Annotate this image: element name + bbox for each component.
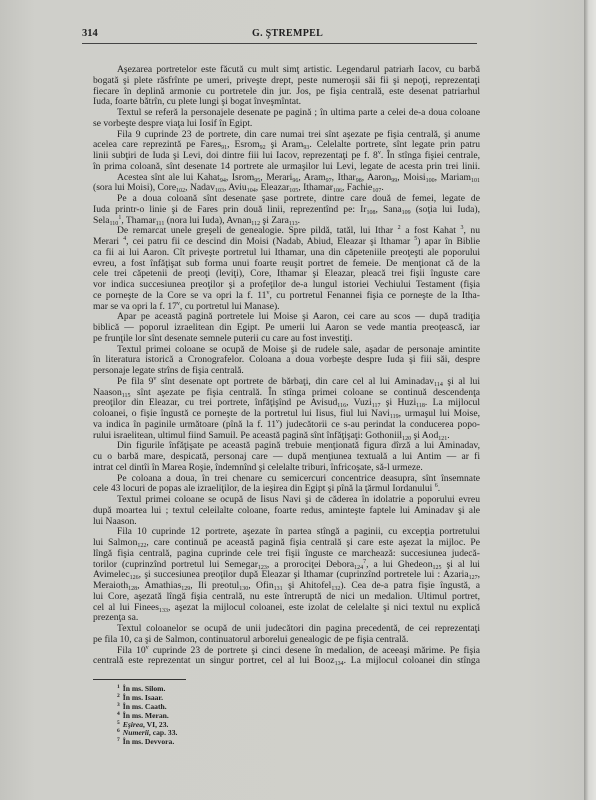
text-run: lui Core, aşezată lîngă fişia centrală, … — [93, 591, 480, 602]
text-run: ca fii ai lui Aaron. Cît priveşte portre… — [93, 247, 480, 258]
text-run: în prima coloană, sînt desenate 14 portr… — [93, 161, 480, 172]
text-run: , Ithar — [332, 172, 356, 183]
text-run: . Celelalte portrete, sînt legate prin p… — [309, 139, 480, 150]
footnote-rule — [93, 679, 186, 680]
footnotes: 1În ms. Silom.2În ms. Isaar.3În ms. Caat… — [117, 683, 177, 745]
text-run: şi Aod — [411, 430, 438, 441]
text-line: după moartea lui ; textul celeilalte col… — [93, 506, 480, 517]
text-run: intrat cel dintîi în Marea Roşie, îndemn… — [93, 462, 423, 473]
text-run: , nu — [463, 225, 480, 236]
text-run: . La mijlocul coloanei din stînga — [344, 655, 480, 666]
text-run: Din figurile înfăţişate pe această pagin… — [117, 440, 480, 451]
footnote: 5Eşirea, VI, 23. — [117, 719, 177, 728]
text-run: Apar pe această pagină portretele lui Mo… — [117, 311, 480, 322]
footnote-number: 3 — [117, 702, 120, 708]
text-run: se vorbeşte despre viaţa lui Iosif în Eg… — [93, 118, 252, 129]
text-run: cel al lui Finees — [93, 602, 159, 613]
text-line: centrală este reprezentat un singur port… — [93, 656, 480, 667]
footnote-number: 7 — [117, 737, 120, 743]
text-run: şi Ahitofel — [283, 580, 332, 591]
text-run: şi al lui — [442, 559, 480, 570]
text-run: cele 43 locuri de popas ale izraeliţilor… — [93, 483, 435, 494]
text-run: Textul se referă la personajele desenate… — [117, 107, 480, 118]
text-run: , cei patru fii ce descind din Moisi (Na… — [126, 236, 414, 247]
footnote-number: 1 — [117, 684, 120, 690]
text-run: şi Zara — [260, 215, 289, 226]
text-run: mar se va opri la f. 17 — [93, 301, 177, 312]
text-run: , Moisi — [397, 172, 425, 183]
text-run: , a prorociţei Debora — [267, 559, 354, 570]
text-run: Pe coloana a doua, în trei chenare cu se… — [117, 473, 480, 484]
text-run: fiecare în deplină armonie cu portretele… — [93, 86, 480, 97]
text-run: . La mijlocul — [425, 397, 480, 408]
text-run: (sora lui Moisi), Core — [93, 182, 176, 193]
footnote-number: 2 — [117, 693, 120, 699]
portrait-index: 100 — [426, 178, 435, 184]
running-head: G. ŞTREMPEL — [252, 28, 323, 39]
text-run: ) apar în Biblie — [417, 236, 480, 247]
text-run: , Eleazar — [256, 182, 290, 193]
book-page: 314 G. ŞTREMPEL Aşezarea portretelor est… — [0, 0, 584, 800]
text-run: , — [478, 569, 480, 580]
text-run: , Amathias — [137, 580, 181, 591]
text-run: (soţia lui Iuda), — [411, 204, 480, 215]
text-run: , Fachie — [342, 182, 372, 193]
text-run: şi Aram — [266, 139, 304, 150]
text-run: , Ili preotul — [190, 580, 239, 591]
footnote: 6Numerii, cap. 33. — [117, 727, 177, 736]
text-run: , care continuă pe această pagină fişia … — [146, 537, 480, 548]
text-run: Iuda, foarte bătrîn, cu plete lungi şi b… — [93, 96, 301, 107]
text-run: Aşezarea portretelor este făcută cu mult… — [117, 64, 480, 75]
text-run: cu o barbă mare, despicată, personaj car… — [93, 451, 480, 462]
footnote: 3În ms. Caath. — [117, 701, 177, 710]
text-run: Fila 9 cuprinde 23 de portrete, din care… — [117, 129, 480, 140]
text-run: coloanei, o fişie îngustă ce porneşte de… — [93, 408, 390, 419]
text-run: şi al lui — [443, 376, 480, 387]
text-run: preoţilor din Eleazar, cu trei portrete,… — [93, 397, 337, 408]
text-run: ce porneşte de la Core se va opri la f. … — [93, 290, 266, 301]
scan-edge — [584, 0, 596, 800]
text-run: cuprinde 23 de portrete şi cinci desene … — [149, 645, 480, 656]
text-run: (nora lui Iuda), Avnan — [164, 215, 251, 226]
text-run: şi Huzi — [380, 397, 416, 408]
text-run: , Merari — [260, 172, 292, 183]
text-run: , Ofin — [248, 580, 273, 591]
text-run: rului israelitean, ultimul fiind Samuil.… — [93, 430, 402, 441]
text-run: în literatura istorică a Cronografelor. … — [93, 354, 480, 365]
text-run: pe frunţile lor sînt desenate semnele pu… — [93, 333, 352, 344]
text-run: , Isrom — [226, 172, 254, 183]
portrait-index: 109 — [402, 210, 411, 216]
page-number: 314 — [82, 28, 98, 39]
text-run: Textul primei coloane se ocupă de Iisus … — [117, 494, 480, 505]
text-run: Avimelec — [93, 569, 130, 580]
footnote-text: În ms. Devvora. — [123, 737, 174, 746]
text-run: , urmaşul lui Moise, — [399, 408, 480, 419]
text-run: , Aaron — [362, 172, 391, 183]
footnote-number: 5 — [117, 720, 120, 726]
text-run: lui Naason. — [93, 516, 137, 527]
text-run: Fila 10 cuprinde 12 portrete, aşezate în… — [117, 526, 480, 537]
text-run: , cu portretul lui Manase). — [180, 301, 280, 312]
text-run: Textul primei coloane se ocupă de Moise … — [117, 344, 480, 355]
text-run: De remarcat unele greşeli de genealogie.… — [117, 225, 398, 236]
footnote-number: 6 — [117, 728, 120, 734]
page-header: 314 G. ŞTREMPEL — [82, 28, 477, 42]
text-run: cele trei căpetenii de preoţi (leviţi), … — [93, 268, 480, 279]
text-run: , Esrom — [227, 139, 259, 150]
text-run: torilor (cuprinzînd portretul lui Semega… — [93, 559, 258, 570]
text-run: a fost Kahat — [401, 225, 461, 236]
text-run: Textul coloanelor se ocupă de unii judec… — [117, 623, 480, 634]
text-run: ). Cea de-a patra fişie îngustă, a — [340, 580, 480, 591]
text-run: , Mariam — [435, 172, 471, 183]
text-run: , Vuzi — [346, 397, 372, 408]
text-run: biblică — poporul izraelitean din Egipt.… — [93, 322, 480, 333]
text-run: Naason — [93, 387, 122, 398]
text-run: . — [298, 215, 300, 226]
footnote: 1În ms. Silom. — [117, 683, 177, 692]
text-run: pe fila 10, ca şi de Salmon, continuator… — [93, 634, 408, 645]
text-run: , a lui Ghedeon — [366, 559, 432, 570]
text-run: Pe fila 9 — [117, 376, 153, 387]
text-run: . În stînga fişiei centrale, — [381, 150, 480, 161]
text-run: acelea care reprezintă pe Fares — [93, 139, 221, 150]
text-run: vor indica succesiunea preoţilor şi a pr… — [93, 279, 480, 290]
text-run: după moartea lui ; textul celeilalte col… — [93, 505, 480, 516]
text-run: bogată şi plete răsfrînte pe umeri, priv… — [93, 75, 480, 86]
footnote-number: 4 — [117, 711, 120, 717]
header-rule — [82, 43, 477, 44]
text-run: Iuda printr-o linie şi de Fares prin dou… — [93, 204, 366, 215]
text-run: . — [438, 483, 440, 494]
text-run: lîngă fişia centrală, pagina cuprinde ce… — [93, 548, 480, 559]
text-run: , aşezat la mijlocul coloanei, este izol… — [168, 602, 480, 613]
text-run: , Nadav — [185, 182, 215, 193]
text-run: Acestea sînt ale lui Kahat — [117, 172, 220, 183]
text-run: sînt aşezate pe fişia centrală. În stîng… — [131, 387, 480, 398]
text-run: evreu, a fost înfăţişat sub forma unui f… — [93, 258, 480, 269]
text-run: centrală este reprezentat un singur port… — [93, 655, 335, 666]
text-run: Sela — [93, 215, 110, 226]
text-run: Meraioth — [93, 580, 128, 591]
text-run: , Aram — [298, 172, 325, 183]
text-run: Pe a doua coloană sînt desenate şase por… — [117, 193, 480, 204]
portrait-index: 134 — [335, 661, 344, 667]
body-text: Aşezarea portretelor este făcută cu mult… — [93, 65, 480, 667]
text-run: linii subţiri de Iuda şi Levi, doi dintr… — [93, 150, 378, 161]
footnote: 4În ms. Meran. — [117, 710, 177, 719]
text-run: prezenţa sa. — [93, 612, 138, 623]
text-run: Merari — [93, 236, 123, 247]
text-run: , şi succesiunea preoţilor după Eleazar … — [139, 569, 469, 580]
text-run: , cu portretul Fenannei fişia ce porneşt… — [269, 290, 480, 301]
text-run: . — [447, 430, 449, 441]
footnote: 7În ms. Devvora. — [117, 736, 177, 745]
text-run: lui Salmon — [93, 537, 137, 548]
text-run: , Aviu — [224, 182, 247, 193]
text-run: Fila 10 — [117, 645, 146, 656]
portrait-index: 101 — [471, 178, 480, 184]
text-line: cel al lui Finees133, aşezat la mijlocul… — [93, 603, 480, 614]
portrait-index: 133 — [159, 608, 168, 614]
text-run: , Thamar — [121, 215, 155, 226]
footnote: 2În ms. Isaar. — [117, 692, 177, 701]
text-run: ) judecătorii ce s-au perindat la conduc… — [279, 419, 480, 430]
text-run: personaje legate strîns de fişia central… — [93, 365, 244, 376]
text-run: , Ithamar — [298, 182, 333, 193]
text-run: sînt desenate opt portrete de bărbaţi, d… — [156, 376, 434, 387]
text-run: , Sana — [375, 204, 401, 215]
text-run: va indica în paginile următoare (pînă la… — [93, 419, 276, 430]
text-run: . — [381, 182, 383, 193]
